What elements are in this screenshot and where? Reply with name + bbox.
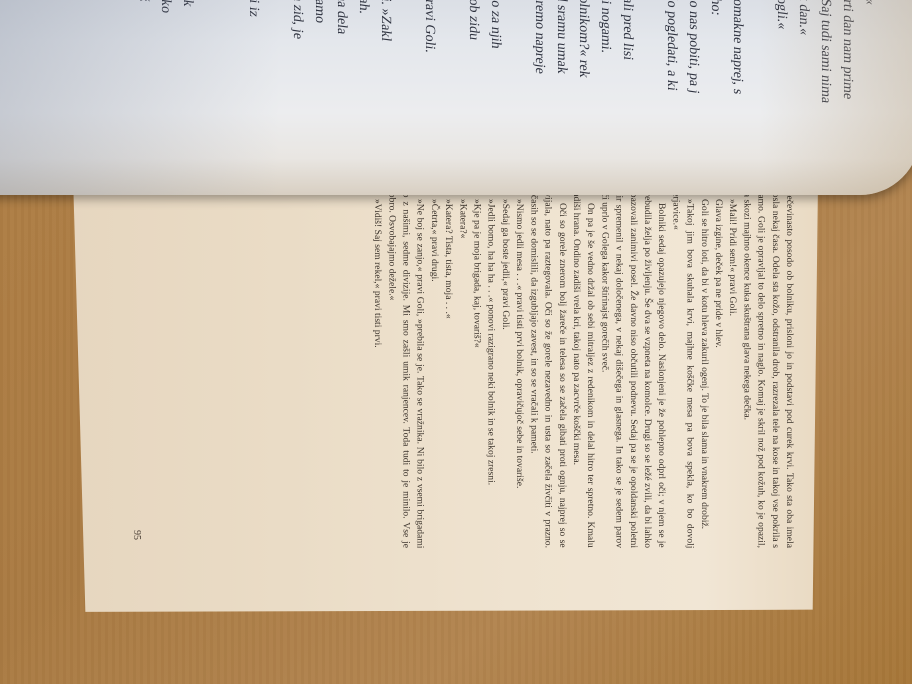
curled-facing-page: o?«Šetrti dan nam primena. Saj tudi sami… xyxy=(0,0,912,195)
curled-line xyxy=(440,0,462,137)
paragraph: »Jedli bomo, ha ha ha . . .« ponovi razi… xyxy=(484,188,498,548)
curled-line: i, se pomakne naprej, s xyxy=(726,0,748,177)
paragraph: »Kje pa je moja brigada, kaj, tovariš?« xyxy=(469,188,483,548)
curled-line: hoteli so nas pobiti, pa j xyxy=(682,0,704,171)
curled-line: in se spusti na slamo xyxy=(308,0,330,119)
curled-line: me tem bolnikom?« rek xyxy=(572,0,594,156)
curled-line: ož in se spravi na dela xyxy=(330,0,352,122)
paragraph: Goli se hitro loti, da bi v kotu hleva z… xyxy=(697,188,711,548)
page-body-text: plečevinasto posodo ob bolniku, prisloni… xyxy=(106,188,796,548)
curled-line: te bolnike,« pravi Goli. xyxy=(418,0,440,134)
curled-line: reče tiho: xyxy=(704,0,726,174)
paragraph: plečevinasto posodo ob bolniku, prisloni… xyxy=(739,188,796,548)
paragraph: Oči so gorele znerom bolj žareče in tele… xyxy=(526,188,569,548)
curled-line: ki je bil na nogah. xyxy=(352,0,374,125)
paragraph: »Četrta,« pravi drugi. xyxy=(427,188,441,548)
curled-line xyxy=(396,0,418,131)
paragraph: »Katera?« xyxy=(455,188,469,548)
curled-line: kote ne moremo napreje xyxy=(528,0,550,150)
book-page-95: plečevinasto posodo ob bolniku, prisloni… xyxy=(58,182,818,614)
paragraph: Bolniki sedaj opazujejo njegovo delo. Na… xyxy=(597,188,668,548)
curl-shadow xyxy=(0,0,280,195)
curl-edge-shadow xyxy=(760,0,912,195)
curled-line: ko hodili.« xyxy=(506,0,528,147)
paragraph: »Katera? Tista, tista, moja . . .« xyxy=(441,188,455,548)
curled-line: jo.« xyxy=(638,0,660,165)
curled-line: po vasi hrano za njih xyxy=(484,0,506,143)
paragraph: »Sedaj ga boste jedli,« pravi Goli. xyxy=(498,188,512,548)
curled-line: edel naslonjen na zid, je xyxy=(286,0,308,116)
curled-line: takoj ven in ob zidu xyxy=(462,0,484,140)
paragraph: »Mali! Pridi sem!« pravi Goli. xyxy=(725,188,739,548)
paragraph: »Vidiš! Saj sem rekel,« pravi tisti prvi… xyxy=(370,188,384,548)
curled-line: hoje celo pogledati, a ki xyxy=(660,0,682,168)
curled-line: n z golimi nogami. xyxy=(594,0,616,159)
paragraph: »Ne boj se zanjo,« pravi Goli, »prebila … xyxy=(384,188,427,548)
page-number: 95 xyxy=(131,530,142,540)
paragraph: On pa je še vedno držal ob sebi mitralje… xyxy=(569,188,597,548)
curled-line: ko,« pravi Goli. »Zakl xyxy=(374,0,396,128)
paragraph: Glava izgine, deček pa ne pride v hlev. xyxy=(711,188,725,548)
paragraph: »Takoj jim bova skuhala krvi, majhne koš… xyxy=(668,188,696,548)
curled-line: co in se od sramu umak xyxy=(550,0,572,153)
paragraph: »Nismo jedli mesa . . .« pravi tisti prv… xyxy=(512,188,526,548)
curled-line: so se igrali pred lisi xyxy=(616,0,638,162)
